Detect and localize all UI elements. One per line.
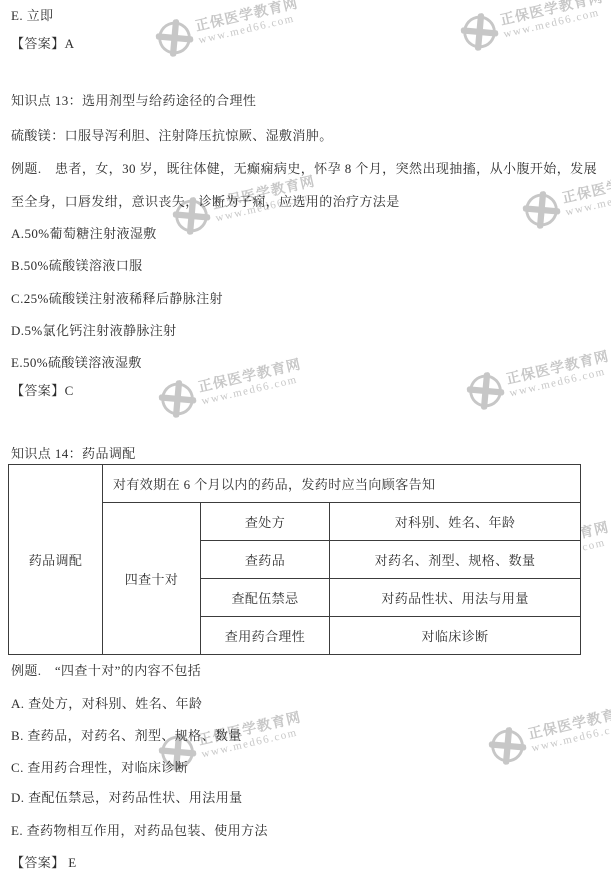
watermark: 正保医学教育网 www.med66.com: [458, 0, 608, 54]
med66-logo-icon: [486, 724, 529, 767]
question2-option-b: B. 查药品，对药名、剂型、规格、数量: [11, 726, 242, 746]
watermark-text: 正保医学教育网 www.med66.com: [197, 357, 305, 407]
med66-logo-icon: [464, 369, 507, 412]
question1-option-a: A.50%葡萄糖注射液湿敷: [11, 224, 157, 244]
kp13-note: 硫酸镁：口服导泻利胆、注射降压抗惊厥、湿敷消肿。: [11, 126, 333, 146]
watermark-brand: 正保医学教育网: [505, 349, 611, 387]
question1-option-b: B.50%硫酸镁溶液口服: [11, 256, 143, 276]
watermark-text: 正保医学教育网 www.med66.com: [505, 349, 611, 399]
question2-option-a: A. 查处方，对科别、姓名、年龄: [11, 694, 202, 714]
table-cell-check: 查药品: [201, 541, 330, 579]
watermark-url: www.med66.com: [200, 372, 305, 407]
med66-logo-icon: [156, 377, 199, 420]
watermark-text: 正保医学教育网 www.med66.com: [527, 704, 611, 754]
table-cell-row-label: 药品调配: [9, 465, 103, 655]
watermark-brand: 正保医学教育网: [499, 0, 605, 28]
watermark-text: 正保医学教育网 www.med66.com: [499, 0, 607, 40]
watermark-brand: 正保医学教育网: [197, 357, 303, 395]
answer-line-1: 【答案】A: [11, 34, 74, 54]
watermark: 正保医学教育网 www.med66.com: [156, 353, 306, 421]
question1-stem: 例题. 患者，女，30 岁，既往体健，无癫痫病史，怀孕 8 个月，突然出现抽搐，…: [11, 153, 597, 218]
kp13-heading: 知识点 13：选用剂型与给药途径的合理性: [11, 91, 256, 111]
table-cell-against: 对科别、姓名、年龄: [330, 503, 581, 541]
table-cell-check: 查配伍禁忌: [201, 579, 330, 617]
med66-logo-icon: [153, 16, 196, 59]
table-cell-group-label: 四查十对: [103, 503, 201, 655]
question1-option-d: D.5%氯化钙注射液静脉注射: [11, 321, 177, 341]
question2-stem: 例题. “四查十对”的内容不包括: [11, 661, 201, 681]
document-page: { "prev": { "option_e": "E. 立即", "answer…: [0, 0, 611, 885]
answer-line-2: 【答案】C: [11, 381, 74, 401]
table-cell-against: 对药名、剂型、规格、数量: [330, 541, 581, 579]
question1-option-e: E.50%硫酸镁溶液湿敷: [11, 353, 142, 373]
dispensing-table: 药品调配 对有效期在 6 个月以内的药品，发药时应当向顾客告知 四查十对 查处方…: [8, 464, 581, 655]
watermark: 正保医学教育网 www.med66.com: [486, 700, 611, 768]
watermark-text: 正保医学教育网 www.med66.com: [194, 0, 302, 46]
table-cell-against: 对临床诊断: [330, 617, 581, 655]
table-cell-against: 对药品性状、用法与用量: [330, 579, 581, 617]
prev-option-e: E. 立即: [11, 6, 53, 26]
kp14-heading: 知识点 14：药品调配: [11, 444, 136, 464]
watermark-brand: 正保医学教育网: [194, 0, 300, 34]
watermark: 正保医学教育网 www.med66.com: [464, 345, 611, 413]
watermark-brand: 正保医学教育网: [527, 704, 611, 742]
question1-option-c: C.25%硫酸镁注射液稀释后静脉注射: [11, 289, 223, 309]
table-cell-check: 查用药合理性: [201, 617, 330, 655]
table-cell-header-note: 对有效期在 6 个月以内的药品，发药时应当向顾客告知: [103, 465, 581, 503]
watermark-url: www.med66.com: [502, 5, 607, 40]
watermark-url: www.med66.com: [197, 11, 302, 46]
question2-option-e: E. 查药物相互作用，对药品包装、使用方法: [11, 821, 268, 841]
question2-option-d: D. 查配伍禁忌，对药品性状、用法用量: [11, 788, 243, 808]
table-cell-check: 查处方: [201, 503, 330, 541]
answer-line-3: 【答案】 E: [11, 853, 77, 873]
watermark: 正保医学教育网 www.med66.com: [153, 0, 303, 60]
watermark-url: www.med66.com: [530, 719, 611, 754]
table-row: 药品调配 对有效期在 6 个月以内的药品，发药时应当向顾客告知: [9, 465, 581, 503]
question2-option-c: C. 查用药合理性，对临床诊断: [11, 758, 188, 778]
watermark-url: www.med66.com: [508, 364, 611, 399]
med66-logo-icon: [458, 10, 501, 53]
